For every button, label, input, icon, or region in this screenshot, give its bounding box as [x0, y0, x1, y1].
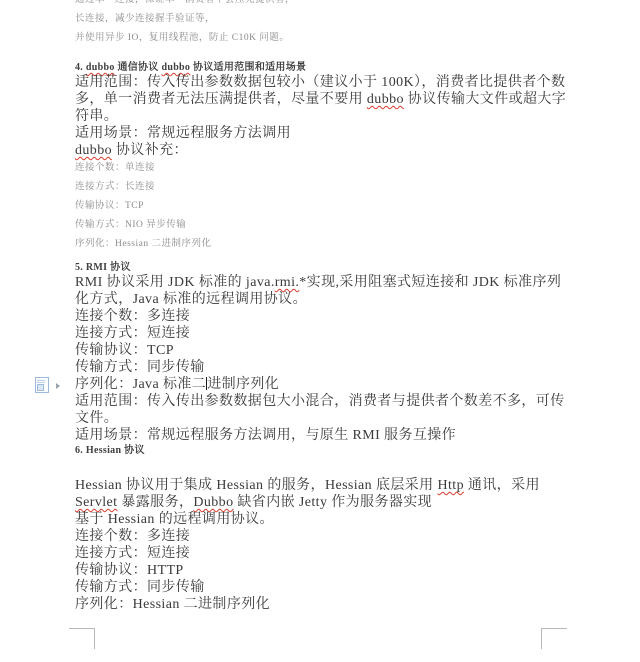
- paragraph-line[interactable]: 适用场景：常规远程服务方法调用: [75, 125, 569, 142]
- text-run: 4.: [75, 62, 86, 73]
- text-run: 序列化：Hessian 二进制序列化: [75, 597, 270, 612]
- paragraph-line[interactable]: 适用范围：传入传出参数数据包较小（建议小于 100K），消费者比提供者个数多，单…: [75, 74, 569, 125]
- text-run: RMI 协议采用 JDK 标准的 java.: [75, 275, 275, 290]
- text-run: 通讯，采用: [464, 478, 540, 493]
- text-run: 连接方式：短连接: [75, 326, 190, 341]
- misspelled-text: dubbo: [75, 143, 112, 158]
- section-heading[interactable]: 4. dubbo 通信协议 dubbo 协议适用范围和适用场景: [75, 62, 569, 74]
- expand-arrow-icon: [56, 383, 60, 389]
- misspelled-text: Http: [437, 478, 464, 493]
- paragraph-line[interactable]: 连接个数：多连接: [75, 308, 569, 325]
- text-run: 传输协议：TCP: [75, 343, 174, 358]
- text-run: 协议适用范围和适用场景: [190, 62, 306, 73]
- page-crop-mark-left: [69, 628, 95, 649]
- paragraph-line[interactable]: 基于 Hessian 的远程调用协议。: [75, 511, 569, 528]
- document-text-area[interactable]: 通过单一连接，保证单一消费者不会压死提供者，长连接，减少连接握手验证等，并使用异…: [75, 0, 569, 613]
- text-run: 适用范围：传入传出参数数据包大小混合，消费者与提供者个数差不多，可传文件。: [75, 394, 565, 426]
- text-run: 传输方式：NIO 异步传输: [75, 220, 186, 230]
- paragraph-line[interactable]: 连接方式：短连接: [75, 325, 569, 342]
- text-run: 通过单一连接，保证单一消费者不会压死提供者，: [75, 0, 295, 5]
- text-run: 序列化：Java 标准二: [75, 377, 206, 392]
- paragraph-line[interactable]: 传输方式：同步传输: [75, 579, 569, 596]
- section-heading[interactable]: 5. RMI 协议: [75, 262, 569, 274]
- text-run: 连接方式：短连接: [75, 546, 190, 561]
- note-line[interactable]: 传输方式：NIO 异步传输: [75, 216, 569, 235]
- document-icon-block: [37, 384, 44, 391]
- text-run: 暴露服务，: [117, 495, 193, 510]
- paragraph-line[interactable]: 连接个数：多连接: [75, 528, 569, 545]
- text-run: 协议补充：: [112, 143, 188, 158]
- note-line[interactable]: 通过单一连接，保证单一消费者不会压死提供者，: [75, 0, 569, 10]
- note-line[interactable]: 连接方式：长连接: [75, 178, 569, 197]
- paragraph-line[interactable]: 适用场景：常规远程服务方法调用，与原生 RMI 服务互操作: [75, 427, 569, 444]
- paragraph-line[interactable]: dubbo 协议补充：: [75, 142, 569, 159]
- text-run: 缺省内嵌 Jetty 作为服务器实现: [234, 495, 433, 510]
- misspelled-text: rmi.: [275, 275, 300, 290]
- text-run: 序列化：Hessian 二进制序列化: [75, 239, 211, 249]
- text-run: 6. Hessian 协议: [75, 445, 145, 456]
- document-page[interactable]: 通过单一连接，保证单一消费者不会压死提供者，长连接，减少连接握手验证等，并使用异…: [0, 0, 640, 662]
- note-line[interactable]: 传输协议：TCP: [75, 197, 569, 216]
- text-run: 传输方式：同步传输: [75, 360, 205, 375]
- paragraph-line[interactable]: 序列化：Java 标准二进制序列化: [75, 376, 569, 393]
- misspelled-text: Dubbo: [193, 495, 233, 510]
- paragraph-line[interactable]: 序列化：Hessian 二进制序列化: [75, 596, 569, 613]
- paragraph-line[interactable]: 连接方式：短连接: [75, 545, 569, 562]
- document-icon-line: [37, 382, 45, 383]
- note-line[interactable]: 长连接，减少连接握手验证等，: [75, 10, 569, 29]
- text-run: 传输协议：TCP: [75, 201, 144, 211]
- smart-tag-icon[interactable]: [35, 377, 61, 395]
- page-crop-mark-right: [541, 628, 567, 649]
- misspelled-text: Servlet: [75, 495, 117, 510]
- text-run: 连接个数：单连接: [75, 163, 155, 173]
- text-run: 5. RMI 协议: [75, 262, 131, 273]
- section-heading[interactable]: 6. Hessian 协议: [75, 445, 569, 457]
- text-run: 传输协议：HTTP: [75, 563, 184, 578]
- paragraph-line[interactable]: Hessian 协议用于集成 Hessian 的服务，Hessian 底层采用 …: [75, 477, 569, 511]
- note-line[interactable]: 并使用异步 IO，复用线程池，防止 C10K 问题。: [75, 29, 569, 48]
- paragraph-line[interactable]: 适用范围：传入传出参数数据包大小混合，消费者与提供者个数差不多，可传文件。: [75, 393, 569, 427]
- note-line[interactable]: 序列化：Hessian 二进制序列化: [75, 235, 569, 254]
- document-icon-line: [37, 380, 45, 381]
- text-run: 进制序列化: [207, 377, 279, 392]
- misspelled-text: dubbo: [86, 62, 115, 73]
- text-run: 并使用异步 IO，复用线程池，防止 C10K 问题。: [75, 33, 289, 43]
- misspelled-text: dubbo: [161, 62, 190, 73]
- paragraph-line[interactable]: RMI 协议采用 JDK 标准的 java.rmi.*实现,采用阻塞式短连接和 …: [75, 274, 569, 308]
- text-run: 传输方式：同步传输: [75, 580, 205, 595]
- text-run: 长连接，减少连接握手验证等，: [75, 14, 215, 24]
- paragraph-line[interactable]: 传输协议：HTTP: [75, 562, 569, 579]
- text-run: 连接个数：多连接: [75, 309, 190, 324]
- text-run: 连接方式：长连接: [75, 182, 155, 192]
- paragraph-line[interactable]: 传输方式：同步传输: [75, 359, 569, 376]
- text-run: 基于 Hessian 的远程调用协议。: [75, 512, 274, 527]
- misspelled-text: dubbo: [367, 92, 404, 107]
- text-run: Hessian 协议用于集成 Hessian 的服务，Hessian 底层采用: [75, 478, 437, 493]
- paragraph-line[interactable]: 传输协议：TCP: [75, 342, 569, 359]
- text-run: 连接个数：多连接: [75, 529, 190, 544]
- note-line[interactable]: 连接个数：单连接: [75, 159, 569, 178]
- text-run: 适用场景：常规远程服务方法调用，与原生 RMI 服务互操作: [75, 428, 456, 443]
- text-run: 通信协议: [115, 62, 162, 73]
- text-run: 适用场景：常规远程服务方法调用: [75, 126, 291, 141]
